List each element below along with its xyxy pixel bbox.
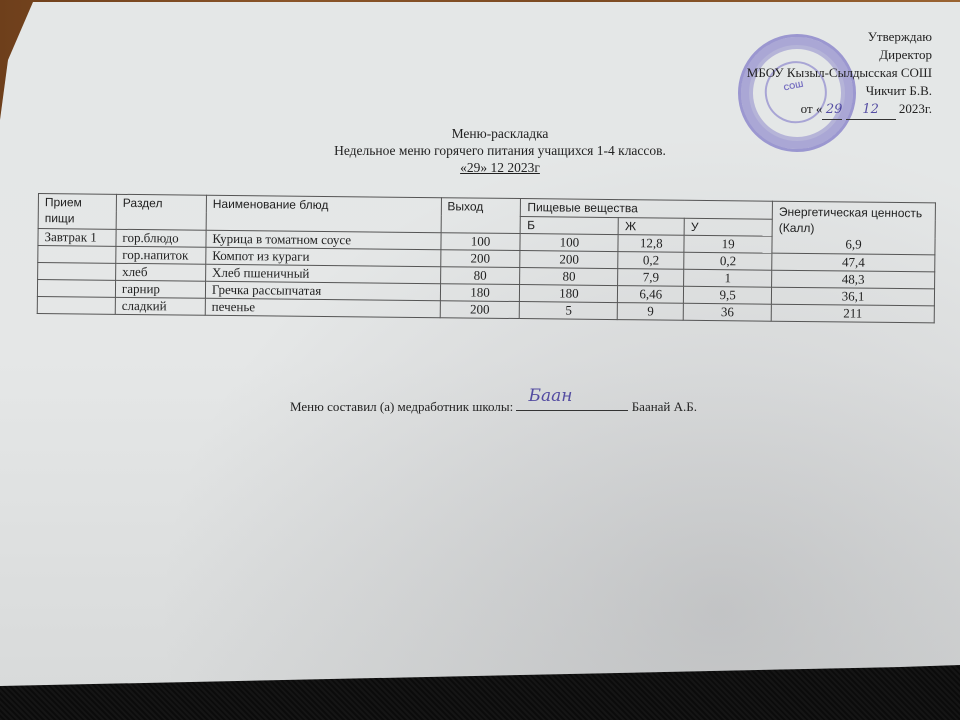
cell-meal	[38, 246, 116, 264]
header-energy: Энергетическая ценность (Калл)6,9	[772, 201, 935, 255]
header-carbs: У	[684, 218, 772, 236]
cell-fats: 7,9	[618, 269, 684, 287]
approval-block: Утверждаю Директор МБОУ Кызыл-Сылдысская…	[747, 28, 932, 120]
approval-year: 2023	[899, 101, 925, 116]
cell-output: 100	[440, 233, 520, 251]
cell-fats: 9	[618, 303, 684, 321]
cell-meal: Завтрак 1	[38, 229, 116, 247]
approval-line: Утверждаю	[747, 28, 932, 46]
approval-line: МБОУ Кызыл-Сылдысская СОШ	[747, 64, 932, 82]
cell-proteins: 200	[520, 251, 618, 269]
title-date: «29» 12 2023г	[300, 159, 700, 176]
cell-dish: Гречка рассыпчатая	[205, 281, 440, 300]
cell-fats: 6,46	[618, 286, 684, 304]
cell-section: гарнир	[115, 280, 205, 298]
cell-output: 180	[440, 284, 520, 302]
cell-output: 80	[440, 267, 520, 285]
approval-day: 29	[822, 101, 842, 120]
cell-section: гор.напиток	[116, 246, 206, 264]
cell-energy: 6,9	[779, 235, 929, 253]
footer-signature: Меню составил (а) медработник школы: Баа…	[290, 396, 697, 415]
cell-dish: Хлеб пшеничный	[205, 264, 440, 283]
header-fats: Ж	[618, 217, 684, 235]
cell-carbs: 1	[684, 269, 772, 287]
cell-dish: печенье	[205, 298, 440, 317]
handwritten-signature: Баан	[528, 386, 572, 406]
title-main: Меню-раскладка	[300, 125, 700, 142]
cell-proteins: 80	[520, 268, 618, 286]
header-proteins: Б	[521, 216, 619, 235]
cell-section: сладкий	[115, 297, 205, 315]
footer-label: Меню составил (а) медработник школы:	[290, 399, 513, 414]
cell-carbs: 0,2	[684, 252, 772, 270]
cell-section: гор.блюдо	[116, 229, 206, 247]
footer-name: Баанай А.Б.	[632, 399, 697, 414]
cell-energy: 211	[771, 304, 934, 323]
cell-section: хлеб	[116, 263, 206, 281]
signature-line: Баан	[516, 396, 628, 411]
cell-proteins: 180	[520, 285, 618, 303]
cell-output: 200	[440, 301, 520, 319]
header-output: Выход	[441, 198, 521, 234]
approval-date: от «29 12 2023г.	[747, 100, 932, 120]
title-subtitle: Недельное меню горячего питания учащихся…	[300, 142, 700, 159]
cell-dish: Компот из кураги	[206, 247, 441, 266]
cell-proteins: 100	[520, 234, 618, 252]
header-meal: Прием пищи	[38, 194, 116, 230]
cell-proteins: 5	[520, 302, 618, 320]
cell-fats: 0,2	[618, 252, 684, 270]
header-section: Раздел	[116, 194, 206, 230]
cell-meal	[37, 296, 115, 314]
document-title: Меню-раскладка Недельное меню горячего п…	[300, 125, 700, 176]
approval-line: Директор	[747, 46, 932, 64]
cell-meal	[38, 263, 116, 281]
cell-carbs: 19	[684, 235, 772, 253]
cell-fats: 12,8	[618, 235, 684, 253]
approval-month: 12	[846, 101, 896, 120]
cell-energy: 47,4	[772, 253, 935, 272]
cell-energy: 36,1	[771, 287, 934, 306]
cell-carbs: 36	[683, 303, 771, 321]
cell-meal	[37, 280, 115, 298]
cell-output: 200	[440, 250, 520, 268]
cell-dish: Курица в томатном соусе	[206, 230, 441, 249]
menu-table: Прием пищи Раздел Наименование блюд Выхо…	[37, 193, 936, 323]
cell-energy: 48,3	[772, 270, 935, 289]
approval-line: Чикчит Б.В.	[747, 82, 932, 100]
header-dish: Наименование блюд	[206, 195, 441, 232]
cell-carbs: 9,5	[684, 286, 772, 304]
